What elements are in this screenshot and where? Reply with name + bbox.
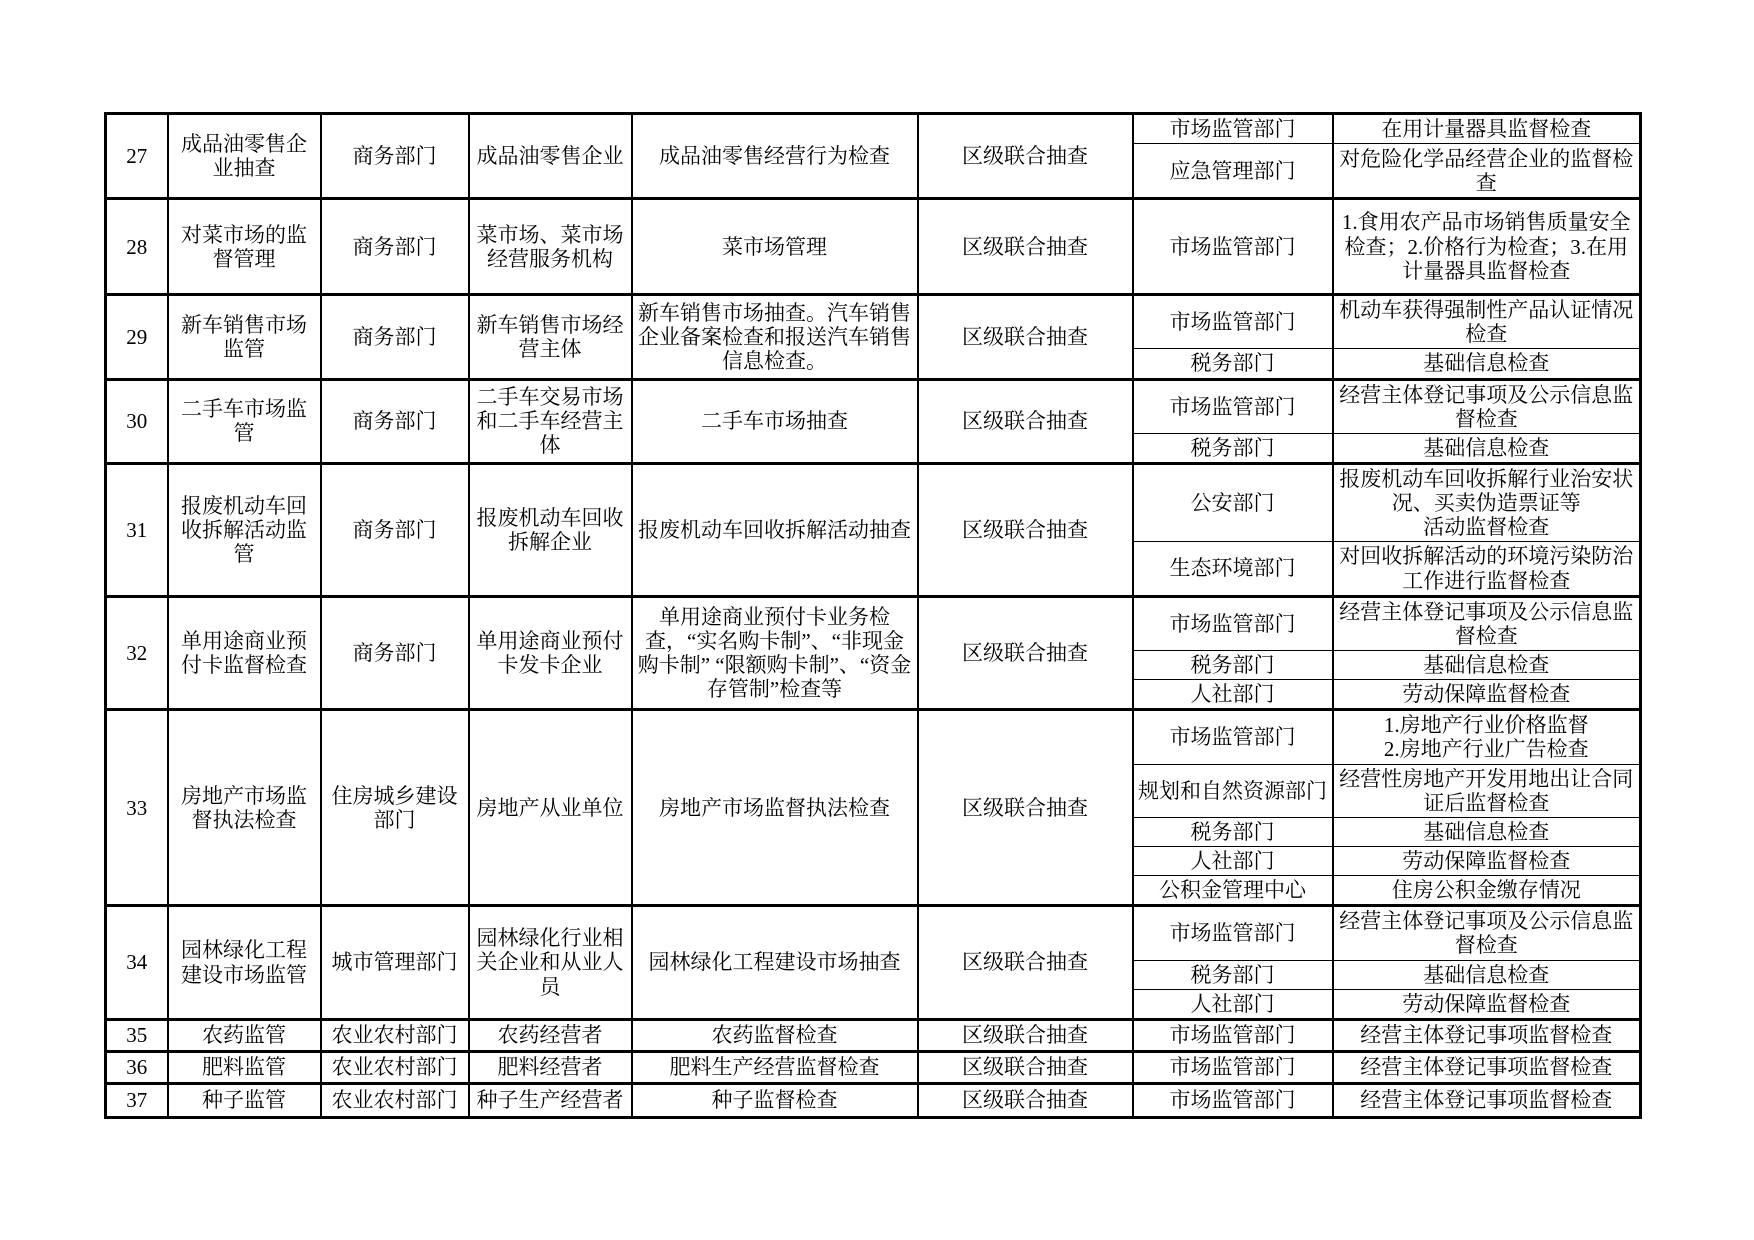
cell-joint-content: 基础信息检查 <box>1333 433 1641 463</box>
cell-content: 报废机动车回收拆解活动抽查 <box>632 463 918 596</box>
cell-joint-dept: 税务部门 <box>1133 433 1333 463</box>
cell-joint-dept: 市场监管部门 <box>1133 379 1333 433</box>
cell-joint-content: 1.食用农产品市场销售质量安全检查；2.价格行为检查；3.在用计量器具监督检查 <box>1333 199 1641 295</box>
cell-content: 房地产市场监督执法检查 <box>632 710 918 906</box>
cell-joint-content: 对危险化学品经营企业的监督检查 <box>1333 144 1641 199</box>
cell-item-name: 单用途商业预付卡监督检查 <box>168 596 321 710</box>
cell-num: 31 <box>106 463 168 596</box>
cell-joint-dept: 税务部门 <box>1133 817 1333 846</box>
table-row: 28对菜市场的监督管理商务部门菜市场、菜市场经营服务机构菜市场管理区级联合抽查市… <box>106 199 1641 295</box>
cell-joint-content: 1.房地产行业价格监督 2.房地产行业广告检查 <box>1333 710 1641 764</box>
cell-target: 菜市场、菜市场经营服务机构 <box>469 199 632 295</box>
cell-dept: 商务部门 <box>321 596 469 710</box>
cell-dept: 农业农村部门 <box>321 1051 469 1083</box>
cell-joint-dept: 公积金管理中心 <box>1133 876 1333 906</box>
cell-num: 32 <box>106 596 168 710</box>
cell-num: 34 <box>106 906 168 1020</box>
cell-dept: 商务部门 <box>321 463 469 596</box>
cell-content: 肥料生产经营监督检查 <box>632 1051 918 1083</box>
cell-item-name: 二手车市场监管 <box>168 379 321 463</box>
cell-joint-dept: 市场监管部门 <box>1133 199 1333 295</box>
cell-joint-dept: 人社部门 <box>1133 680 1333 710</box>
cell-content: 园林绿化工程建设市场抽查 <box>632 906 918 1020</box>
cell-joint-content: 机动车获得强制性产品认证情况检查 <box>1333 295 1641 349</box>
cell-num: 29 <box>106 295 168 379</box>
cell-target: 单用途商业预付卡发卡企业 <box>469 596 632 710</box>
cell-joint-dept: 规划和自然资源部门 <box>1133 764 1333 817</box>
cell-item-name: 种子监管 <box>168 1083 321 1117</box>
cell-content: 新车销售市场抽查。汽车销售企业备案检查和报送汽车销售信息检查。 <box>632 295 918 379</box>
cell-dept: 城市管理部门 <box>321 906 469 1020</box>
cell-joint-content: 经营性房地产开发用地出让合同证后监督检查 <box>1333 764 1641 817</box>
cell-content: 种子监督检查 <box>632 1083 918 1117</box>
cell-type: 区级联合抽查 <box>918 710 1133 906</box>
cell-target: 报废机动车回收拆解企业 <box>469 463 632 596</box>
cell-joint-content: 住房公积金缴存情况 <box>1333 876 1641 906</box>
cell-type: 区级联合抽查 <box>918 1051 1133 1083</box>
cell-joint-dept: 人社部门 <box>1133 989 1333 1019</box>
cell-dept: 商务部门 <box>321 295 469 379</box>
cell-joint-dept: 公安部门 <box>1133 463 1333 541</box>
cell-item-name: 园林绿化工程建设市场监管 <box>168 906 321 1020</box>
cell-type: 区级联合抽查 <box>918 463 1133 596</box>
cell-target: 成品油零售企业 <box>469 114 632 199</box>
cell-joint-content: 经营主体登记事项及公示信息监督检查 <box>1333 906 1641 960</box>
cell-joint-content: 经营主体登记事项及公示信息监督检查 <box>1333 596 1641 650</box>
cell-joint-content: 劳动保障监督检查 <box>1333 680 1641 710</box>
cell-joint-dept: 应急管理部门 <box>1133 144 1333 199</box>
cell-type: 区级联合抽查 <box>918 906 1133 1020</box>
cell-item-name: 新车销售市场监管 <box>168 295 321 379</box>
table-row: 35农药监管农业农村部门农药经营者农药监督检查区级联合抽查市场监管部门经营主体登… <box>106 1019 1641 1051</box>
cell-item-name: 报废机动车回收拆解活动监管 <box>168 463 321 596</box>
document-page: 27成品油零售企业抽查商务部门成品油零售企业成品油零售经营行为检查区级联合抽查市… <box>0 0 1754 1240</box>
cell-item-name: 对菜市场的监督管理 <box>168 199 321 295</box>
cell-content: 成品油零售经营行为检查 <box>632 114 918 199</box>
cell-num: 35 <box>106 1019 168 1051</box>
table-row: 34园林绿化工程建设市场监管城市管理部门园林绿化行业相关企业和从业人员园林绿化工… <box>106 906 1641 960</box>
cell-type: 区级联合抽查 <box>918 199 1133 295</box>
cell-item-name: 肥料监管 <box>168 1051 321 1083</box>
cell-joint-content: 经营主体登记事项及公示信息监督检查 <box>1333 379 1641 433</box>
cell-joint-dept: 生态环境部门 <box>1133 542 1333 596</box>
cell-num: 33 <box>106 710 168 906</box>
cell-dept: 商务部门 <box>321 199 469 295</box>
cell-content: 菜市场管理 <box>632 199 918 295</box>
cell-joint-content: 劳动保障监督检查 <box>1333 989 1641 1019</box>
cell-joint-dept: 市场监管部门 <box>1133 1051 1333 1083</box>
cell-num: 37 <box>106 1083 168 1117</box>
cell-joint-content: 经营主体登记事项监督检查 <box>1333 1083 1641 1117</box>
cell-item-name: 农药监管 <box>168 1019 321 1051</box>
table-row: 30二手车市场监管商务部门二手车交易市场和二手车经营主体二手车市场抽查区级联合抽… <box>106 379 1641 433</box>
cell-joint-content: 报废机动车回收拆解行业治安状况、买卖伪造票证等 活动监督检查 <box>1333 463 1641 541</box>
cell-joint-dept: 市场监管部门 <box>1133 114 1333 144</box>
cell-target: 农药经营者 <box>469 1019 632 1051</box>
inspection-table: 27成品油零售企业抽查商务部门成品油零售企业成品油零售经营行为检查区级联合抽查市… <box>104 112 1642 1119</box>
cell-num: 27 <box>106 114 168 199</box>
cell-target: 园林绿化行业相关企业和从业人员 <box>469 906 632 1020</box>
cell-target: 肥料经营者 <box>469 1051 632 1083</box>
cell-joint-dept: 税务部门 <box>1133 650 1333 679</box>
cell-joint-content: 劳动保障监督检查 <box>1333 846 1641 875</box>
cell-dept: 商务部门 <box>321 379 469 463</box>
cell-type: 区级联合抽查 <box>918 1019 1133 1051</box>
cell-dept: 商务部门 <box>321 114 469 199</box>
cell-joint-content: 经营主体登记事项监督检查 <box>1333 1019 1641 1051</box>
cell-num: 28 <box>106 199 168 295</box>
table-row: 32单用途商业预付卡监督检查商务部门单用途商业预付卡发卡企业单用途商业预付卡业务… <box>106 596 1641 650</box>
table-row: 33房地产市场监督执法检查住房城乡建设部门房地产从业单位房地产市场监督执法检查区… <box>106 710 1641 764</box>
cell-joint-dept: 市场监管部门 <box>1133 596 1333 650</box>
cell-dept: 农业农村部门 <box>321 1083 469 1117</box>
cell-type: 区级联合抽查 <box>918 1083 1133 1117</box>
cell-joint-dept: 市场监管部门 <box>1133 1019 1333 1051</box>
cell-joint-content: 经营主体登记事项监督检查 <box>1333 1051 1641 1083</box>
cell-item-name: 房地产市场监督执法检查 <box>168 710 321 906</box>
cell-joint-content: 基础信息检查 <box>1333 650 1641 679</box>
table-row: 29新车销售市场监管商务部门新车销售市场经营主体新车销售市场抽查。汽车销售企业备… <box>106 295 1641 349</box>
cell-joint-content: 对回收拆解活动的环境污染防治工作进行监督检查 <box>1333 542 1641 596</box>
cell-target: 二手车交易市场和二手车经营主体 <box>469 379 632 463</box>
inspection-table-body: 27成品油零售企业抽查商务部门成品油零售企业成品油零售经营行为检查区级联合抽查市… <box>106 114 1641 1118</box>
cell-joint-dept: 人社部门 <box>1133 846 1333 875</box>
cell-type: 区级联合抽查 <box>918 596 1133 710</box>
cell-content: 单用途商业预付卡业务检查，“实名购卡制”、“非现金购卡制” “限额购卡制”、“资… <box>632 596 918 710</box>
cell-target: 新车销售市场经营主体 <box>469 295 632 379</box>
cell-joint-dept: 税务部门 <box>1133 960 1333 989</box>
table-row: 27成品油零售企业抽查商务部门成品油零售企业成品油零售经营行为检查区级联合抽查市… <box>106 114 1641 144</box>
cell-dept: 住房城乡建设部门 <box>321 710 469 906</box>
cell-joint-content: 基础信息检查 <box>1333 817 1641 846</box>
cell-joint-content: 在用计量器具监督检查 <box>1333 114 1641 144</box>
cell-joint-dept: 税务部门 <box>1133 349 1333 379</box>
cell-type: 区级联合抽查 <box>918 295 1133 379</box>
table-row: 36肥料监管农业农村部门肥料经营者肥料生产经营监督检查区级联合抽查市场监管部门经… <box>106 1051 1641 1083</box>
cell-joint-dept: 市场监管部门 <box>1133 1083 1333 1117</box>
cell-joint-dept: 市场监管部门 <box>1133 710 1333 764</box>
table-row: 37种子监管农业农村部门种子生产经营者种子监督检查区级联合抽查市场监管部门经营主… <box>106 1083 1641 1117</box>
table-row: 31报废机动车回收拆解活动监管商务部门报废机动车回收拆解企业报废机动车回收拆解活… <box>106 463 1641 541</box>
cell-target: 种子生产经营者 <box>469 1083 632 1117</box>
cell-target: 房地产从业单位 <box>469 710 632 906</box>
cell-joint-content: 基础信息检查 <box>1333 960 1641 989</box>
cell-dept: 农业农村部门 <box>321 1019 469 1051</box>
cell-joint-dept: 市场监管部门 <box>1133 295 1333 349</box>
cell-joint-dept: 市场监管部门 <box>1133 906 1333 960</box>
cell-type: 区级联合抽查 <box>918 114 1133 199</box>
cell-content: 二手车市场抽查 <box>632 379 918 463</box>
cell-type: 区级联合抽查 <box>918 379 1133 463</box>
cell-content: 农药监督检查 <box>632 1019 918 1051</box>
cell-num: 30 <box>106 379 168 463</box>
cell-item-name: 成品油零售企业抽查 <box>168 114 321 199</box>
cell-num: 36 <box>106 1051 168 1083</box>
cell-joint-content: 基础信息检查 <box>1333 349 1641 379</box>
